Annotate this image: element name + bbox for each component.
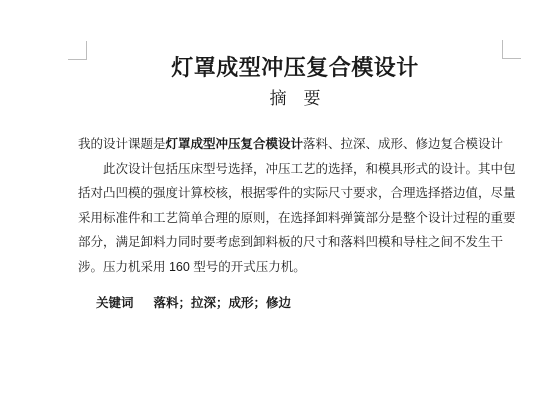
- abstract-body: 我的设计课题是灯罩成型冲压复合模设计落料、拉深、成形、修边复合模设计 此次设计包…: [78, 132, 512, 280]
- abstract-line-1: 我的设计课题是灯罩成型冲压复合模设计落料、拉深、成形、修边复合模设计: [78, 132, 512, 157]
- abstract-line-2: 此次设计包括压床型号选择，冲压工艺的选择，和模具形式的设计。其中包: [78, 157, 512, 182]
- keywords-label: 关键词: [96, 296, 134, 310]
- abstract-line-5: 部分，满足卸料力同时要考虑到卸料板的尺寸和落料凹模和导柱之间不发生干: [78, 230, 512, 255]
- abstract-line-1-suffix: 落料、拉深、成形、修边复合模设计: [303, 137, 503, 151]
- abstract-heading: 摘 要: [78, 86, 512, 112]
- document-text-column: 灯罩成型冲压复合模设计 摘 要 我的设计课题是灯罩成型冲压复合模设计落料、拉深、…: [78, 0, 512, 315]
- abstract-line-3: 括对凸凹模的强度计算校核，根据零件的实际尺寸要求，合理选择搭边值，尽量: [78, 181, 512, 206]
- page-title: 灯罩成型冲压复合模设计: [78, 52, 512, 84]
- document-page: 灯罩成型冲压复合模设计 摘 要 我的设计课题是灯罩成型冲压复合模设计落料、拉深、…: [0, 0, 551, 406]
- keywords-line: 关键词落料；拉深；成形；修边: [78, 291, 512, 316]
- abstract-line-6: 涉。压力机采用 160 型号的开式压力机。: [78, 255, 512, 280]
- abstract-line-1-bold-title: 灯罩成型冲压复合模设计: [166, 137, 304, 151]
- abstract-line-1-prefix: 我的设计课题是: [78, 137, 166, 151]
- keywords-value: 落料；拉深；成形；修边: [154, 296, 292, 310]
- abstract-line-4: 采用标准件和工艺简单合理的原则，在选择卸料弹簧部分是整个设计过程的重要: [78, 206, 512, 231]
